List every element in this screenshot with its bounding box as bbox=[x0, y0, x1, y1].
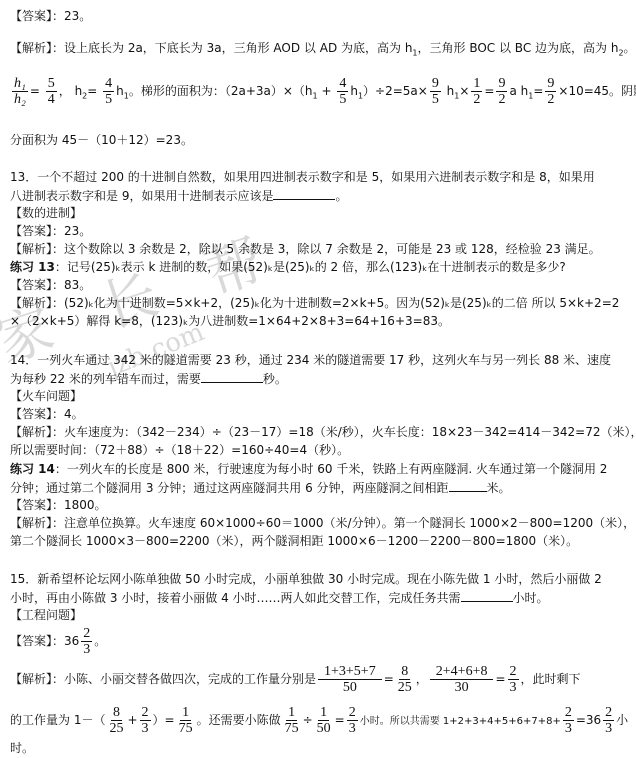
p12-formula: h₁h₂= 54， h2= 45h1。梯形的面积为：（2a+3a）×（h1 + … bbox=[10, 74, 636, 113]
answer-blank bbox=[273, 187, 335, 200]
p13-exercise: 练习 13：记号(25)ₖ表示 k 进制的数，如果(52)ₖ是(25)ₖ的 2 … bbox=[10, 259, 566, 275]
p14-ex-answer: 【答案】：1800。 bbox=[10, 497, 107, 513]
p14-answer: 【答案】：4。 bbox=[10, 406, 84, 422]
p13-ex-answer: 【答案】：83。 bbox=[10, 277, 91, 293]
fraction: 92 bbox=[496, 76, 507, 107]
p14-exercise-2: 分钟；通过第二个隧洞用 3 分钟；通过这两座隧洞共用 6 分钟，两座隧洞之间相距… bbox=[10, 479, 511, 496]
fraction: 23 bbox=[563, 705, 574, 736]
p13-ex-analysis-1: 【解析】：(52)ₖ化为十进制数=5×k+2，(25)ₖ化为十进制数=2×k+5… bbox=[10, 295, 619, 311]
fraction: 825 bbox=[107, 705, 125, 736]
answer-blank bbox=[449, 479, 487, 492]
p14-question-1: 14．一列火车通过 342 米的隧道需要 23 秒，通过 234 米的隧道需要 … bbox=[10, 352, 611, 368]
fraction: 23 bbox=[603, 705, 614, 736]
fraction: 92 bbox=[545, 76, 556, 107]
fraction: 23 bbox=[508, 664, 519, 695]
fraction: 12 bbox=[471, 76, 482, 107]
fraction: 175 bbox=[283, 705, 301, 736]
fraction: h₁h₂ bbox=[12, 76, 28, 107]
p14-exercise-1: 练习 14：一列火车的长度是 800 米，行驶速度为每小时 60 千米，铁路上有… bbox=[10, 461, 607, 477]
fraction: 2+4+6+830 bbox=[430, 664, 494, 695]
p15-analysis-2: 的工作量为 1－（825+23）=175。还需要小陈做175÷150=23小时。… bbox=[10, 703, 628, 739]
p12-analysis: 【解析】：设上底长为 2a，下底长为 3a，三角形 AOD 以 AD 为底，高为… bbox=[10, 40, 636, 61]
fraction: 54 bbox=[46, 76, 57, 107]
fraction: 95 bbox=[430, 76, 441, 107]
p12-answer: 【答案】：23。 bbox=[10, 8, 91, 24]
p13-answer: 【答案】：23。 bbox=[10, 223, 91, 239]
p13-tag: 【数的进制】 bbox=[10, 205, 82, 221]
fraction: 45 bbox=[337, 76, 348, 107]
p13-ex-analysis-2: ×（2×k+5）解得 k=8，(123)ₖ为八进制数=1×64+2×8+3=64… bbox=[10, 313, 450, 329]
fraction: 1+3+5+750 bbox=[318, 664, 382, 695]
p14-analysis-2: 所以需要时间：（72＋88）÷（18＋22）=160÷40=4（秒）。 bbox=[10, 442, 349, 458]
p15-answer: 【答案】：3623。 bbox=[10, 624, 106, 658]
fraction: 23 bbox=[140, 705, 151, 736]
p14-ex-analysis-2: 第二个隧洞长 1000×3－800=2200（米），两个隧洞相距 1000×6－… bbox=[10, 533, 578, 549]
p14-analysis-1: 【解析】：火车速度为：（342－234）÷（23－17）=18（米/秒），火车长… bbox=[10, 424, 636, 440]
answer-blank bbox=[461, 589, 513, 602]
fraction: 825 bbox=[396, 664, 414, 695]
fraction: 150 bbox=[315, 705, 333, 736]
answer-blank bbox=[201, 370, 263, 383]
p12-cont: 分面积为 45－（10＋12）=23。 bbox=[10, 132, 193, 148]
fraction: 45 bbox=[103, 76, 114, 107]
fraction: 175 bbox=[177, 705, 195, 736]
p15-question-1: 15．新希望杯论坛网小陈单独做 50 小时完成，小丽单独做 30 小时完成。现在… bbox=[10, 571, 602, 587]
p14-tag: 【火车问题】 bbox=[10, 388, 82, 404]
p13-question-1: 13．一个不超过 200 的十进制自然数，如果用四进制表示数字和是 5，如果用六… bbox=[10, 169, 595, 185]
p15-analysis-3: 时。 bbox=[10, 740, 34, 756]
p14-ex-analysis-1: 【解析】：注意单位换算。火车速度 60×1000÷60＝1000（米/分钟）。第… bbox=[10, 515, 635, 531]
p13-analysis: 【解析】：这个数除以 3 余数是 2，除以 5 余数是 3，除以 7 余数是 2… bbox=[10, 241, 601, 257]
p15-question-2: 小时，再由小陈做 3 小时，接着小丽做 4 小时……两人如此交替工作，完成任务共… bbox=[10, 589, 549, 606]
p15-analysis-1: 【解析】：小陈、小丽交替各做四次，完成的工作量分别是1+3+5+750=825，… bbox=[10, 662, 581, 696]
p15-tag: 【工程问题】 bbox=[10, 607, 82, 623]
fraction: 23 bbox=[81, 626, 92, 657]
p13-question-2: 八进制表示数字和是 9，如果用十进制表示应该是。 bbox=[10, 187, 347, 204]
p14-question-2: 为每秒 22 米的列车错车而过，需要秒。 bbox=[10, 370, 287, 387]
fraction: 23 bbox=[347, 705, 358, 736]
